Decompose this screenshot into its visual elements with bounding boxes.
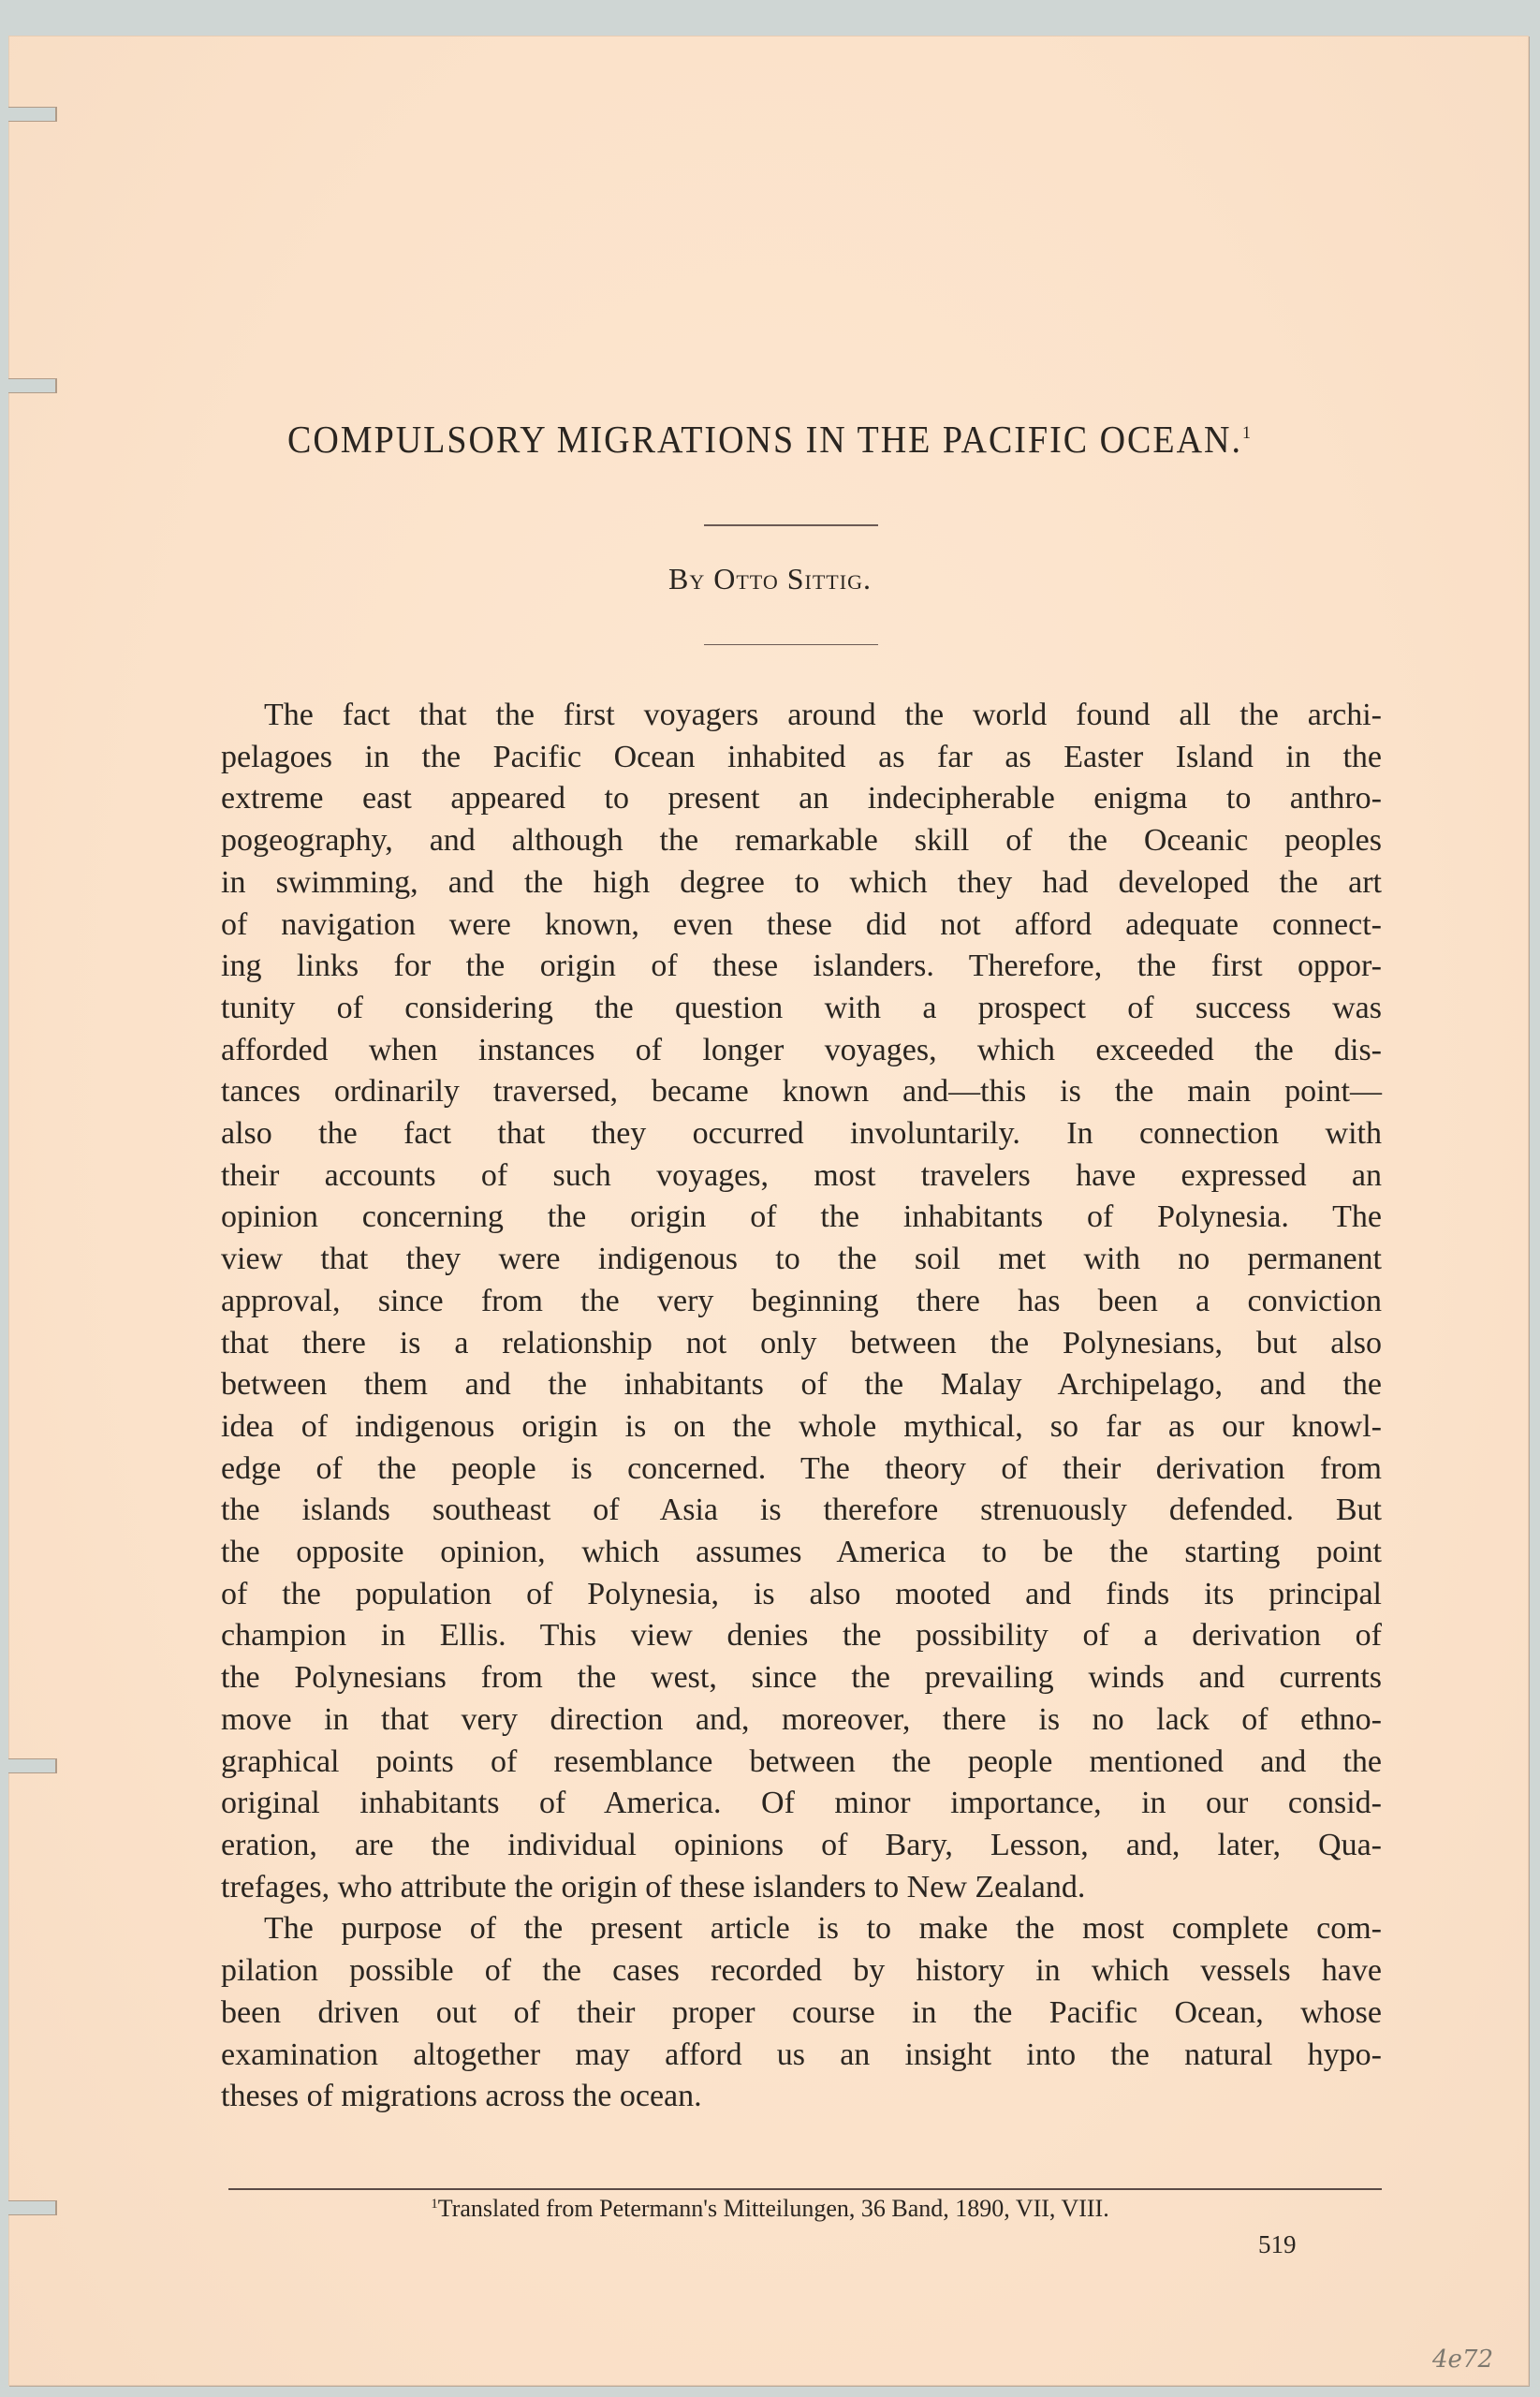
title-footnote-marker: 1 <box>1242 422 1253 443</box>
text-line: pogeography, and although the remarkable… <box>221 820 1382 862</box>
article-title: COMPULSORY MIGRATIONS IN THE PACIFIC OCE… <box>0 418 1540 463</box>
text-line: tances ordinarily traversed, became know… <box>221 1071 1382 1113</box>
text-line: The purpose of the present article is to… <box>221 1908 1382 1950</box>
text-line: ing links for the origin of these island… <box>221 946 1382 988</box>
text-line: been driven out of their proper course i… <box>221 1993 1382 2035</box>
page-number: 519 <box>1258 2230 1297 2259</box>
paragraph-2: The purpose of the present article is to… <box>221 1908 1382 2118</box>
text-line: tunity of considering the question with … <box>221 988 1382 1030</box>
text-line: their accounts of such voyages, most tra… <box>221 1155 1382 1198</box>
text-line: trefages, who attribute the origin of th… <box>221 1867 1382 1909</box>
text-line: pilation possible of the cases recorded … <box>221 1950 1382 1993</box>
text-line: examination altogether may afford us an … <box>221 2035 1382 2077</box>
byline: By Otto Sittig. <box>0 562 1540 596</box>
text-line: of navigation were known, even these did… <box>221 904 1382 947</box>
text-line: champion in Ellis. This view denies the … <box>221 1615 1382 1657</box>
text-line: between them and the inhabitants of the … <box>221 1364 1382 1406</box>
text-line: extreme east appeared to present an inde… <box>221 778 1382 820</box>
text-line: edge of the people is concerned. The the… <box>221 1448 1382 1491</box>
text-line: idea of indigenous origin is on the whol… <box>221 1406 1382 1448</box>
footnote-text: Translated from Petermann's Mitteilungen… <box>438 2195 1109 2222</box>
handwritten-note: 4e72 <box>1432 2346 1493 2374</box>
page-notch <box>8 1758 57 1773</box>
footnote: 1Translated from Petermann's Mitteilunge… <box>0 2195 1540 2223</box>
article-body: The fact that the first voyagers around … <box>221 695 1382 2118</box>
footnote-marker: 1 <box>431 2197 438 2212</box>
text-line: The fact that the first voyagers around … <box>221 695 1382 737</box>
text-line: afforded when instances of longer voyage… <box>221 1030 1382 1072</box>
text-line: graphical points of resemblance between … <box>221 1742 1382 1784</box>
text-line: also the fact that they occurred involun… <box>221 1113 1382 1155</box>
text-line: in swimming, and the high degree to whic… <box>221 862 1382 904</box>
text-line: eration, are the individual opinions of … <box>221 1825 1382 1867</box>
text-line: view that they were indigenous to the so… <box>221 1239 1382 1281</box>
page-notch <box>8 378 57 393</box>
footnote-rule <box>228 2188 1382 2190</box>
title-text: COMPULSORY MIGRATIONS IN THE PACIFIC OCE… <box>287 419 1242 461</box>
title-divider <box>704 524 878 526</box>
text-line: the islands southeast of Asia is therefo… <box>221 1490 1382 1532</box>
paragraph-1: The fact that the first voyagers around … <box>221 695 1382 1908</box>
text-line: the Polynesians from the west, since the… <box>221 1657 1382 1699</box>
text-line: move in that very direction and, moreove… <box>221 1699 1382 1742</box>
text-line: that there is a relationship not only be… <box>221 1323 1382 1365</box>
text-line: pelagoes in the Pacific Ocean inhabited … <box>221 737 1382 779</box>
byline-divider <box>704 644 878 645</box>
text-line: original inhabitants of America. Of mino… <box>221 1783 1382 1825</box>
text-line: of the population of Polynesia, is also … <box>221 1574 1382 1616</box>
text-line: approval, since from the very beginning … <box>221 1281 1382 1323</box>
text-line: opinion concerning the origin of the inh… <box>221 1197 1382 1239</box>
text-line: theses of migrations across the ocean. <box>221 2076 1382 2118</box>
text-line: the opposite opinion, which assumes Amer… <box>221 1532 1382 1574</box>
page-notch <box>8 107 57 122</box>
